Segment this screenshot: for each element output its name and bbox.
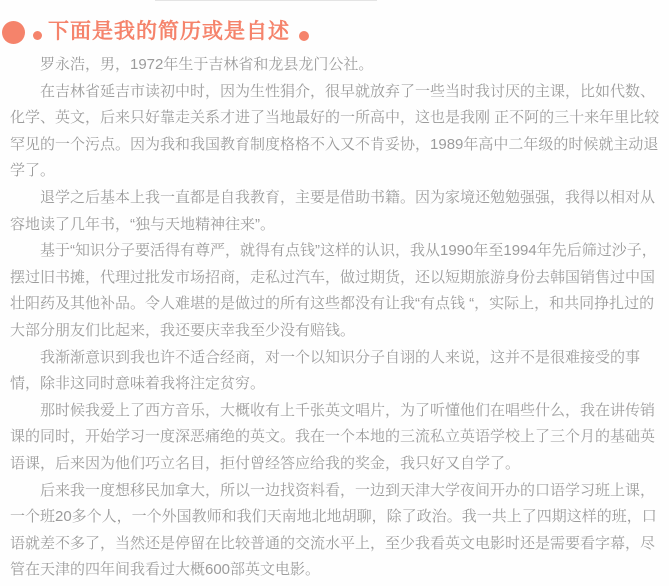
small-dot-icon (33, 31, 42, 40)
resume-body: 罗永浩，男，1972年生于吉林省和龙县龙门公社。 在吉林省延吉市读初中时，因为生… (0, 52, 669, 584)
paragraph-english-study: 那时候我爱上了西方音乐，大概收有上千张英文唱片，为了听懂他们在唱些什么，我在讲传… (10, 398, 660, 478)
paragraph-business: 基于“知识分子要活得有尊严，就得有点钱”这样的认识，我从1990年至1994年先… (10, 238, 660, 344)
paragraph-self-education: 退学之后基本上我一直都是自我教育，主要是借助书籍。因为家境还勉勉强强，我得以相对… (10, 185, 660, 238)
large-dot-icon (2, 21, 25, 44)
section-title: 下面是我的简历或是自述 (48, 20, 290, 44)
paragraph-intro: 罗永浩，男，1972年生于吉林省和龙县龙门公社。 (10, 52, 660, 79)
section-header: 下面是我的简历或是自述 (0, 0, 669, 44)
paragraph-immigration: 后来我一度想移民加拿大，所以一边找资料看，一边到天津大学夜间开办的口语学习班上课… (10, 478, 660, 584)
paragraph-middle-school: 在吉林省延吉市读初中时，因为生性狷介，很早就放弃了一些当时我讨厌的主课，比如代数… (10, 79, 660, 185)
top-divider (155, 0, 377, 1)
resume-page: 下面是我的简历或是自述 罗永浩，男，1972年生于吉林省和龙县龙门公社。 在吉林… (0, 0, 669, 586)
trailing-dot-icon (299, 31, 309, 41)
paragraph-realization: 我渐渐意识到我也许不适合经商，对一个以知识分子自诩的人来说，这并不是很难接受的事… (10, 345, 660, 398)
